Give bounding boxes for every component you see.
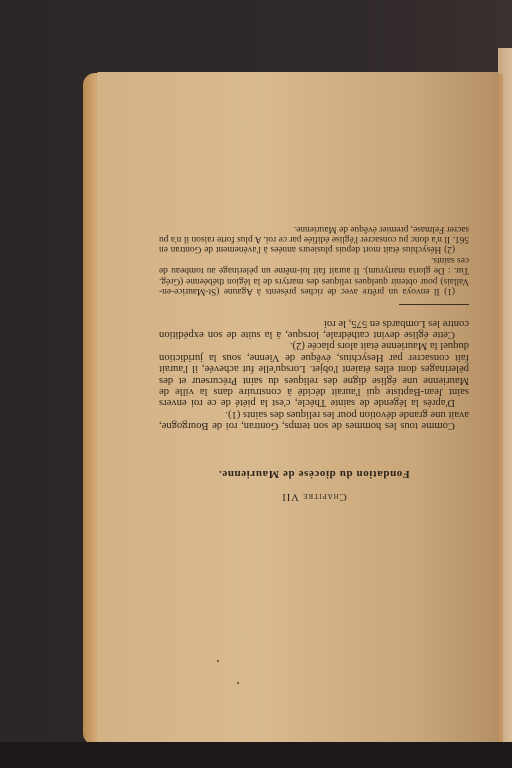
book-page: Chapitre VII Fondation du diocèse de Mau… — [97, 72, 499, 742]
paragraph: Comme tous les hommes de son temps, Gont… — [159, 408, 469, 431]
paragraph: Cette église devint cathédrale, lorsque,… — [159, 317, 469, 340]
paper-speck — [237, 682, 239, 684]
dark-surface — [0, 742, 512, 768]
rotated-page-content: Chapitre VII Fondation du diocèse de Mau… — [97, 72, 499, 742]
paragraph: D'après la légende de sainte Thècle, c'e… — [159, 340, 469, 408]
footnote: (2) Hésychius était mort depuis plusieur… — [159, 223, 469, 254]
page-text: Chapitre VII Fondation du diocèse de Mau… — [159, 223, 469, 502]
footnote: (1) Il envoya un prêtre avec de riches p… — [159, 255, 469, 297]
chapter-label: Chapitre VII — [159, 491, 469, 502]
footnote-rule — [399, 304, 469, 305]
chapter-title: Fondation du diocèse de Maurienne. — [159, 467, 469, 478]
paper-speck — [217, 660, 219, 662]
